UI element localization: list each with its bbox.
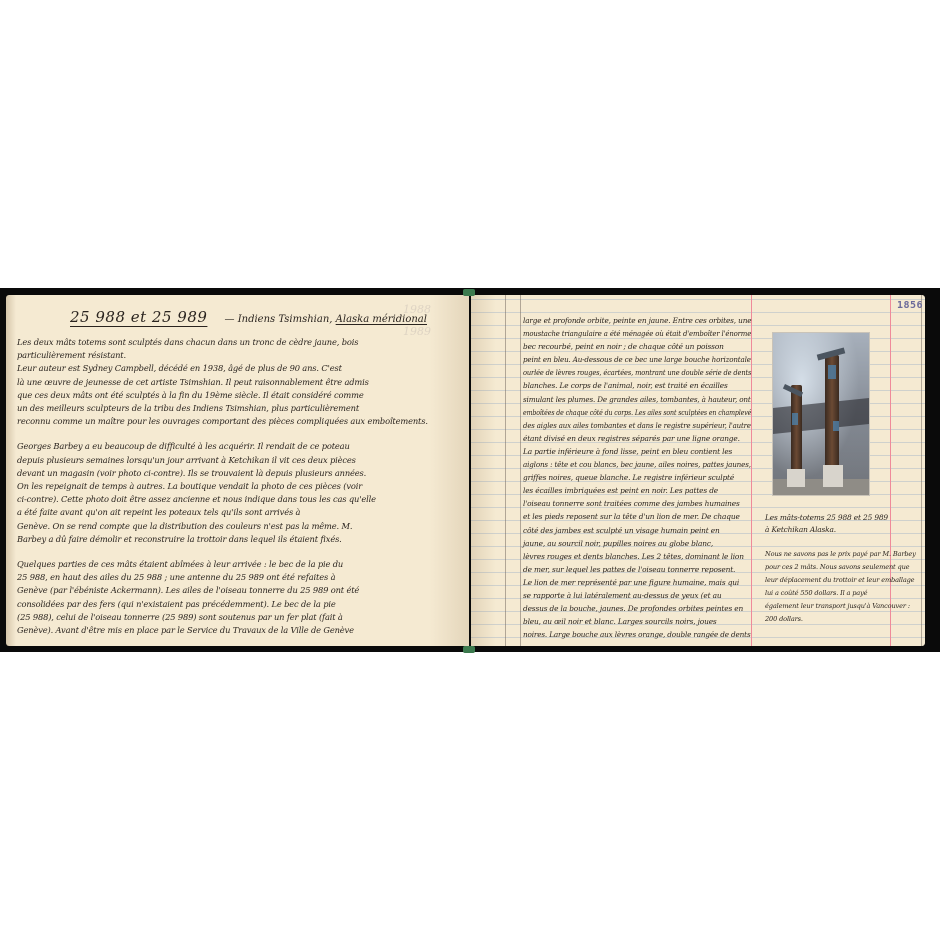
handwritten-line: se rapporte à lui latéralement au-dessus… [523,589,751,602]
handwritten-line: depuis plusieurs semaines lorsqu'un jour… [17,454,457,467]
totem-photograph [772,332,870,496]
left-page-text: Les deux mâts totems sont sculptés dans … [17,336,457,637]
handwritten-line: ci-contre). Cette photo doit être assez … [17,493,457,506]
photo-caption: Les mâts-totems 25 988 et 25 989à Ketchi… [765,512,888,536]
handwritten-line: lui a coûté 550 dollars. Il a payé [765,587,916,600]
right-page-text: large et profonde orbite, peinte en jaun… [523,314,751,641]
handwritten-line: aiglons : tête et cou blancs, bec jaune,… [523,458,743,471]
handwritten-line: jaune, au sourcil noir, pupilles noires … [523,537,751,550]
handwritten-line: 200 dollars. [765,613,916,626]
entry-heading: 25 988 et 25 989 — Indiens Tsimshian, Al… [70,307,427,326]
margin-line [751,295,752,646]
handwritten-line: reconnu comme un maître pour les ouvrage… [17,415,457,428]
price-note: Nous ne savons pas le prix payé par M. B… [765,548,916,626]
handwritten-line: pour ces 2 mâts. Nous savons seulement q… [765,561,916,574]
handwritten-line: large et profonde orbite, peinte en jaun… [523,314,749,327]
handwritten-line: également leur transport jusqu'à Vancouv… [765,600,916,613]
handwritten-line: Genève). Avant d'être mis en place par l… [17,624,457,637]
handwritten-line: côté des jambes est sculpté un visage hu… [523,524,751,537]
paragraph: Quelques parties de ces mâts étaient abî… [17,558,457,637]
handwritten-line: bleu, au œil noir et blanc. Larges sourc… [523,615,751,628]
handwritten-line: des aigles aux ailes tombantes et dans l… [523,419,738,432]
handwritten-line: 25 988, en haut des ailes du 25 988 ; un… [17,571,457,584]
handwritten-line: à Ketchikan Alaska. [765,524,888,536]
paragraph-gap [17,546,457,558]
binding-ribbon-top [463,289,475,296]
handwritten-line: les écailles imbriquées est peint en noi… [523,484,751,497]
handwritten-line: Le lion de mer représenté par une figure… [523,576,751,589]
handwritten-line: peint en bleu. Au-dessous de ce bec une … [523,353,742,366]
handwritten-line: simulant les plumes. De grandes ailes, t… [523,393,745,406]
ruled-column-line [520,295,521,646]
paragraph: Les deux mâts totems sont sculptés dans … [17,336,457,428]
handwritten-line: Quelques parties de ces mâts étaient abî… [17,558,457,571]
handwritten-line: griffes noires, queue blanche. Le regist… [523,471,751,484]
handwritten-line: bec recourbé, peint en noir ; de chaque … [523,340,751,353]
handwritten-line: emboîtées de chaque côté du corps. Les a… [523,406,716,419]
handwritten-line: Georges Barbey a eu beaucoup de difficul… [17,440,457,453]
handwritten-line: un des meilleurs sculpteurs de la tribu … [17,402,457,415]
handwritten-line: Les deux mâts totems sont sculptés dans … [17,336,457,349]
handwritten-line: étant divisé en deux registres séparés p… [523,432,751,445]
handwritten-line: l'oiseau tonnerre sont traitées comme de… [523,497,751,510]
handwritten-line: et les pieds reposent sur la tête d'un l… [523,510,751,523]
binding-ribbon-bottom [463,646,475,653]
handwritten-line: moustache triangulaire a été ménagée où … [523,327,736,340]
handwritten-line: On les repeignait de temps à autres. La … [17,480,457,493]
handwritten-line: devant un magasin (voir photo ci-contre)… [17,467,457,480]
paragraph-gap [17,428,457,440]
handwritten-line: Les mâts-totems 25 988 et 25 989 [765,512,888,524]
handwritten-line: noires. Large bouche aux lèvres orange, … [523,628,746,641]
handwritten-line: ourlée de lèvres rouges, écartées, montr… [523,366,728,379]
handwritten-line: Genève. On se rend compte que la distrib… [17,520,457,533]
ruled-column-line [505,295,506,646]
handwritten-line: particulièrement résistant. [17,349,457,362]
page-edge-line [921,295,922,646]
handwritten-line: lèvres rouges et dents blanches. Les 2 t… [523,550,751,563]
handwritten-line: Nous ne savons pas le prix payé par M. B… [765,548,916,561]
handwritten-line: La partie inférieure à fond lisse, peint… [523,445,751,458]
handwritten-line: là une œuvre de jeunesse de cet artiste … [17,376,457,389]
paragraph: Georges Barbey a eu beaucoup de difficul… [17,440,457,546]
handwritten-line: consolidées par des fers (qui n'existaie… [17,598,457,611]
handwritten-line: a été faite avant qu'on ait repeint les … [17,506,457,519]
handwritten-line: Genève (par l'ébéniste Ackermann). Les a… [17,584,457,597]
handwritten-line: dessus de la bouche, jaunes. De profonde… [523,602,751,615]
handwritten-line: que ces deux mâts ont été sculptés à la … [17,389,457,402]
place-label: Alaska méridional [336,314,427,325]
handwritten-line: (25 988), celui de l'oiseau tonnerre (25… [17,611,457,624]
handwritten-line: Leur auteur est Sydney Campbell, décédé … [17,362,457,375]
catalogue-numbers: 25 988 et 25 989 [70,308,207,326]
handwritten-line: Barbey a dû faire démolir et reconstruir… [17,533,457,546]
heading-subtitle: — Indiens Tsimshian, Alaska méridional [225,314,427,325]
handwritten-line: leur déplacement du trottoir et leur emb… [765,574,916,587]
inventory-stamp: 1856 [897,300,923,311]
tribe-label: — Indiens Tsimshian, [225,314,333,325]
handwritten-line: blanches. Le corps de l'animal, noir, es… [523,379,751,392]
handwritten-line: de mer, sur lequel les pattes de l'oisea… [523,563,751,576]
